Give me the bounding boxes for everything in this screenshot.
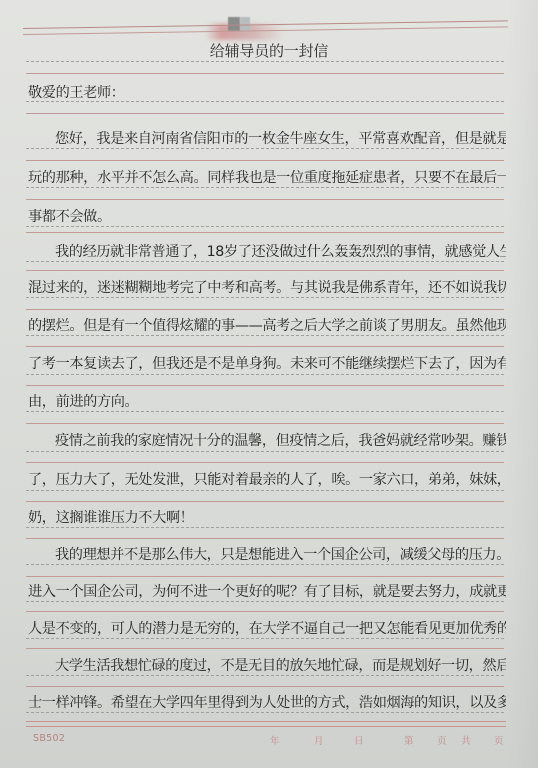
letter-title: 给辅导员的一封信 <box>0 40 538 61</box>
dotted-rule <box>26 712 504 713</box>
letter-paper <box>0 0 538 768</box>
solid-rule <box>26 346 504 347</box>
letter-line: 事都不会做。 <box>28 208 506 226</box>
letter-line: 我的理想并不是那么伟大，只是想能进入一个国企公司，减缓父母的压力。既然决定 <box>28 546 506 564</box>
letter-greeting: 敬爱的王老师： <box>28 84 506 102</box>
letter-line: 人是不变的，可人的潜力是无穷的，在大学不逼自己一把又怎能看见更加优秀的自己呢？ <box>28 620 506 638</box>
dotted-rule <box>26 451 504 452</box>
dotted-rule <box>26 675 504 676</box>
solid-rule <box>26 385 504 386</box>
dotted-rule <box>26 148 504 149</box>
letter-line: 玩的那种，水平并不怎么高。同样我也是一位重度拖延症患者，只要不在最后一小时，凡 <box>28 169 506 187</box>
solid-rule <box>26 232 504 233</box>
footer-page-label: 页 <box>437 733 447 747</box>
dotted-rule <box>26 564 504 565</box>
dotted-rule <box>26 638 504 639</box>
solid-rule <box>26 423 504 424</box>
solid-rule <box>26 576 504 577</box>
footer-month-label: 月 <box>314 733 324 747</box>
paper-code: SB502 <box>33 733 65 744</box>
solid-rule <box>26 686 504 687</box>
footer-total-prefix: 共 <box>461 733 471 747</box>
letter-line: 疫情之前我的家庭情况十分的温馨，但疫情之后，我爸妈就经常吵架。赚钱难 <box>28 432 506 450</box>
letter-line: 混过来的，迷迷糊糊地考完了中考和高考。与其说我是佛系青年，还不如说我切切实实 <box>28 279 506 297</box>
dotted-rule <box>26 61 504 62</box>
footer-day-label: 日 <box>354 733 364 747</box>
solid-rule <box>26 270 504 271</box>
footer-year-label: 年 <box>270 733 280 747</box>
solid-rule <box>26 462 504 463</box>
letter-line: 您好，我是来自河南省信阳市的一枚金牛座女生，平常喜欢配音，但是就是又菜又爱 <box>28 130 506 148</box>
dotted-rule <box>26 261 504 262</box>
solid-rule <box>26 501 504 502</box>
solid-rule <box>26 199 504 200</box>
dotted-rule <box>26 187 504 188</box>
dotted-rule <box>26 226 504 227</box>
letter-line: 了考一本复读去了，但我还是不是单身狗。未来可不能继续摆烂下去了，因为有了奋斗的理 <box>28 355 506 373</box>
letter-line: 进入一个国企公司，为何不进一个更好的呢？有了目标，就是要去努力，成就更好的自己。 <box>28 583 506 601</box>
page-shadow <box>508 0 538 768</box>
solid-rule <box>26 309 504 310</box>
letter-line: 我的经历就非常普通了，18岁了还没做过什么轰轰烈烈的事情，就感觉人生就是 <box>28 243 506 261</box>
letter-line: 士一样冲锋。希望在大学四年里得到为人处世的方式，浩如烟海的知识，以及多种多样的 <box>28 694 506 712</box>
dotted-rule <box>26 601 504 602</box>
footer-total-label: 页 <box>494 733 504 747</box>
dotted-rule <box>26 490 504 491</box>
dotted-rule <box>26 527 504 528</box>
footer-page-prefix: 第 <box>404 733 414 747</box>
dotted-rule <box>26 297 504 298</box>
solid-rule <box>26 73 504 74</box>
letter-line: 的摆烂。但是有一个值得炫耀的事——高考之后大学之前谈了男朋友。虽然他现在为 <box>28 317 506 335</box>
solid-rule <box>26 113 504 114</box>
solid-rule <box>26 160 504 161</box>
dotted-rule <box>26 374 504 375</box>
letter-line: 大学生活我想忙碌的度过，不是无目的放矢地忙碌，而是规划好一切，然后向像将 <box>28 657 506 675</box>
letter-line: 由，前进的方向。 <box>28 393 506 411</box>
letter-line: 奶，这搁谁谁压力不大啊！ <box>28 509 506 527</box>
dotted-rule <box>26 335 504 336</box>
letter-line: 了，压力大了，无处发泄，只能对着最亲的人了，唉。一家六口，弟弟，妹妹，我，妈妈，… <box>28 471 506 489</box>
solid-rule <box>26 611 504 612</box>
footer-double-rule <box>26 721 506 727</box>
solid-rule <box>26 648 504 649</box>
solid-rule <box>26 538 504 539</box>
dotted-rule <box>26 411 504 412</box>
